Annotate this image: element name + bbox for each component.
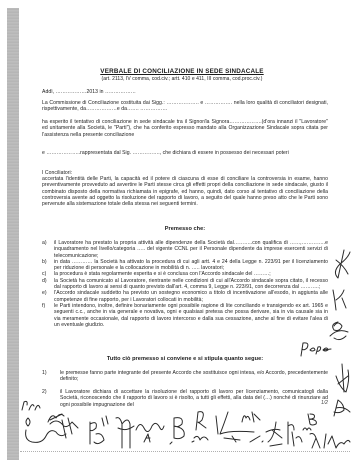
bottom-signature [134, 416, 166, 448]
document-page: VERBALE DI CONCILIAZIONE IN SEDE SINDACA… [42, 0, 338, 466]
bottom-signature [84, 414, 114, 450]
scan-edge-strip [7, 8, 19, 460]
stipula-heading: Tutto ciò premesso si conviene e si stip… [42, 356, 328, 362]
premessa-item: f)le Parti intendono, inoltre, definire … [42, 303, 328, 328]
bottom-signature [168, 414, 192, 446]
premessa-item: b)in data ………… la Società ha attivato la… [42, 259, 328, 272]
right-margin-signature [332, 362, 352, 396]
right-margin-signature [330, 248, 352, 282]
document-subtitle: (art. 2113, IV comma, cod.civ.; artt. 41… [42, 76, 322, 82]
paragraph-esperito: ha esperito il tentativo di conciliazion… [42, 119, 328, 138]
paragraph-rappresentata: e ………………..rappresentata dal Sig. …………….,… [42, 150, 328, 156]
clausola-item: 1) le premesse fanno parte integrante de… [42, 370, 328, 383]
bottom-signature [306, 412, 324, 426]
premesso-heading: Premesso che: [42, 226, 328, 232]
bottom-dotted-rule [20, 451, 350, 452]
bottom-signature [284, 418, 304, 448]
bottom-signature [22, 414, 84, 448]
addi-line: Addì, ………………2013 in ……………… [42, 89, 328, 95]
right-margin-signature [328, 318, 350, 344]
premessa-item: a)il Lavoratore ha prestato la propria a… [42, 240, 328, 259]
paragraph-conciliatori: accertata l'identità delle Parti, la cap… [42, 176, 328, 207]
page-number: 1/2 [321, 400, 328, 406]
premessa-item: d)la Società ha comunicato al Lavoratore… [42, 278, 328, 291]
premesse-list: a)il Lavoratore ha prestato la propria a… [42, 240, 328, 328]
right-margin-signature [330, 288, 350, 312]
document-title: VERBALE DI CONCILIAZIONE IN SEDE SINDACA… [42, 69, 322, 75]
clausola-item: 2) il Lavoratore dichiara di accettare l… [42, 389, 328, 408]
bottom-signature [240, 410, 262, 424]
premessa-item: e)l'Accordo sindacale suddetto ha previs… [42, 290, 328, 303]
left-margin-initials [20, 398, 42, 412]
right-margin-signature [330, 398, 352, 418]
paragraph-commissione: La Commissione di Conciliazione costitui… [42, 100, 328, 113]
bottom-signature [308, 430, 352, 452]
